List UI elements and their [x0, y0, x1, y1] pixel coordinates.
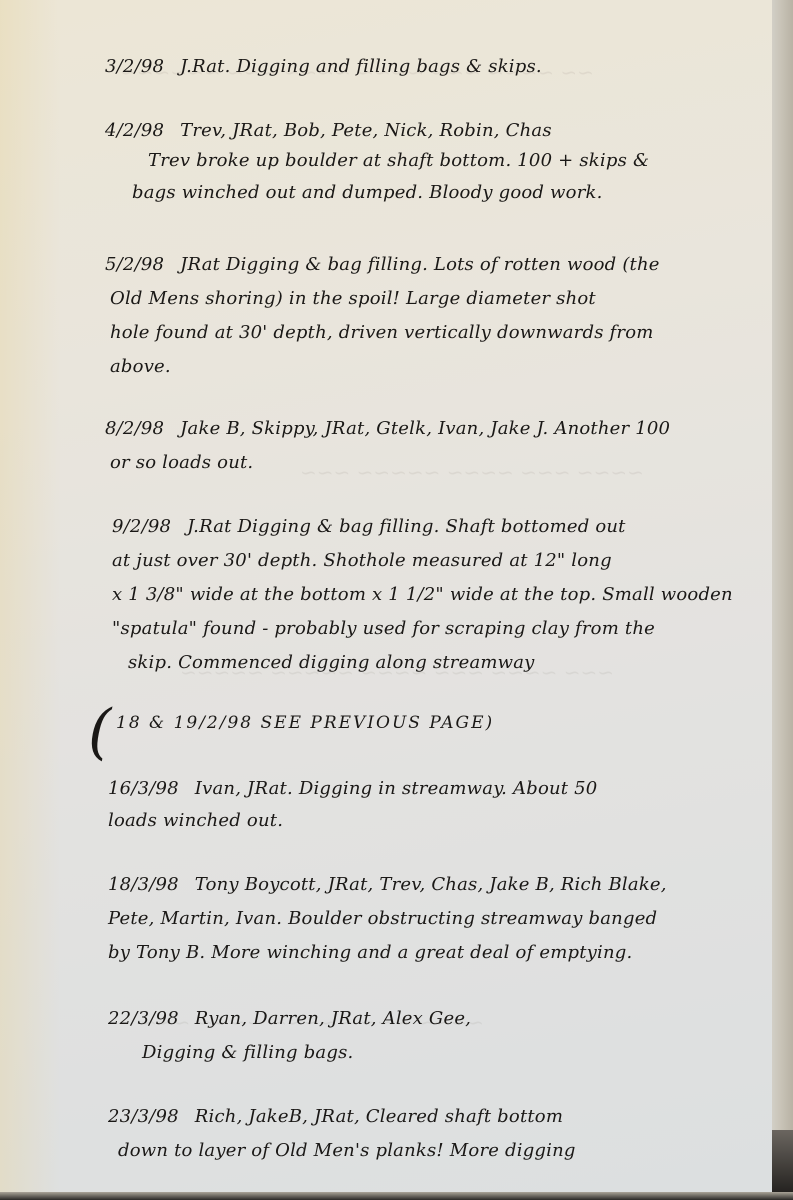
- page-bottom-edge: [0, 1192, 793, 1200]
- entry-text: above.: [110, 350, 171, 384]
- entry-date: 16/3/98: [108, 778, 179, 799]
- entry-text: at just over 30' depth. Shothole measure…: [112, 544, 612, 578]
- entry-text: x 1 3/8" wide at the bottom x 1 1/2" wid…: [112, 578, 733, 612]
- entry-text: Pete, Martin, Ivan. Boulder obstructing …: [108, 902, 657, 936]
- bleed-through-text: ~~~~ ~~~ ~~~~ ~~~~~ ~~~: [300, 460, 644, 484]
- entry-date: 5/2/98: [105, 254, 164, 275]
- entry-text: Trev broke up boulder at shaft bottom. 1…: [148, 144, 649, 178]
- entry-text: Rich, JakeB, JRat, Cleared shaft bottom: [195, 1106, 563, 1127]
- entry-date: 23/3/98: [108, 1106, 179, 1127]
- entry-text: loads winched out.: [108, 804, 283, 838]
- bracket-mark: (: [88, 702, 111, 762]
- entry-text: hole found at 30' depth, driven vertical…: [110, 316, 654, 350]
- entry-text: Trev, JRat, Bob, Pete, Nick, Robin, Chas: [180, 120, 552, 141]
- entry-date: 22/3/98: [108, 1008, 179, 1029]
- entry-text: J.Rat Digging & bag filling. Shaft botto…: [187, 516, 625, 537]
- entry-text: Old Mens shoring) in the spoil! Large di…: [110, 282, 596, 316]
- entry-text: or so loads out.: [110, 446, 253, 480]
- entry-text: "spatula" found - probably used for scra…: [112, 612, 655, 646]
- entry-text: Ivan, JRat. Digging in streamway. About …: [195, 778, 598, 799]
- entry-date: 3/2/98: [105, 56, 164, 77]
- entry-date: 8/2/98: [105, 418, 164, 439]
- entry-text: Ryan, Darren, JRat, Alex Gee,: [195, 1008, 471, 1029]
- page-stack-edge: [772, 0, 793, 1200]
- entry-date: 18/3/98: [108, 874, 179, 895]
- entry-text: Tony Boycott, JRat, Trev, Chas, Jake B, …: [195, 874, 667, 895]
- entry-text: bags winched out and dumped. Bloody good…: [132, 176, 603, 210]
- entry-text: Jake B, Skippy, JRat, Gtelk, Ivan, Jake …: [180, 418, 670, 439]
- entry-text: J.Rat. Digging and filling bags & skips.: [180, 56, 542, 77]
- entry-text: Digging & filling bags.: [142, 1036, 353, 1070]
- entry-date: 4/2/98: [105, 120, 164, 141]
- entry-text: skip. Commenced digging along streamway: [128, 646, 535, 680]
- notebook-page: ~~ ~~~~ ~~~ ~~~~ ~~~~ ~~~ ~~~~~~ ~~~~ ~~…: [0, 0, 772, 1192]
- entry-text: down to layer of Old Men's planks! More …: [118, 1134, 576, 1168]
- entry-text: JRat Digging & bag filling. Lots of rott…: [180, 254, 660, 275]
- entry-text: 18 & 19/2/98 SEE PREVIOUS PAGE): [116, 706, 494, 740]
- entry-date: 9/2/98: [112, 516, 171, 537]
- entry-text: by Tony B. More winching and a great dea…: [108, 936, 632, 970]
